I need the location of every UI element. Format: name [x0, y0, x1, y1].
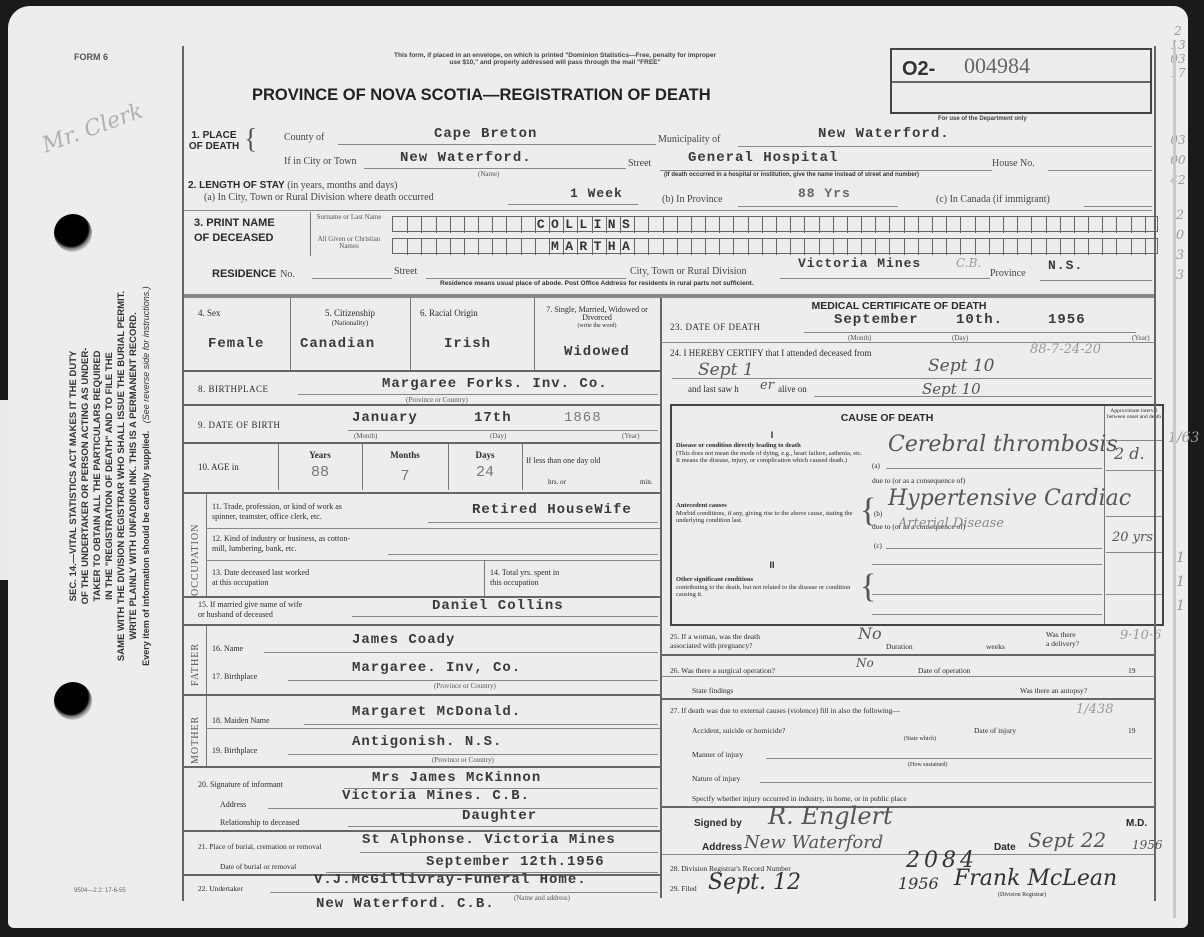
- given-names-label: All Given or Christian Names: [312, 236, 386, 250]
- letter-box-divider: [932, 239, 946, 255]
- month-caption: (Month): [354, 432, 377, 440]
- residence-label: RESIDENCE: [212, 268, 276, 280]
- mail-notice-line: This form, if placed in an envelope, on …: [270, 52, 840, 59]
- sex-label: 4. Sex: [198, 308, 221, 318]
- spouse-label: 15. If married give name of wife or husb…: [198, 600, 302, 620]
- findings-label: State findings: [692, 686, 733, 695]
- code: 13: [1168, 38, 1188, 52]
- name-letter: C: [537, 217, 545, 232]
- total-years-label: 14. Total yrs. spent in this occupation: [490, 568, 559, 588]
- residence-no-label: No.: [280, 269, 295, 280]
- column-divider: [660, 298, 662, 898]
- year-caption: (Year): [1132, 334, 1150, 342]
- letter-box-divider: [450, 239, 464, 255]
- letter-box-divider: [521, 239, 535, 255]
- letter-box-divider: [847, 217, 861, 233]
- street-label: Street: [628, 158, 651, 169]
- letter-box-divider: [946, 217, 960, 233]
- days-label: Days: [450, 450, 520, 460]
- informant-signature-label: 20. Signature of informant: [198, 780, 283, 789]
- letter-box-divider: [833, 239, 847, 255]
- antecedent-causes-label: Antecedent causes Morbid conditions, if …: [676, 502, 866, 525]
- letter-box-divider: [1102, 239, 1116, 255]
- county-label: County of: [284, 132, 324, 143]
- department-use-note: For use of the Department only: [938, 116, 1027, 122]
- delivery-label: Was there a delivery?: [1046, 630, 1079, 648]
- name-letter: A: [622, 239, 630, 254]
- less-than-day-label: If less than one day old: [526, 456, 600, 465]
- letter-box-divider: [421, 217, 435, 233]
- letter-box-divider: [833, 217, 847, 233]
- letter-box-divider: [804, 217, 818, 233]
- letter-box-divider: [918, 217, 932, 233]
- pregnancy-label: 25. If a woman, was the death associated…: [670, 632, 760, 650]
- letter-box-divider: [889, 217, 903, 233]
- letter-box-divider: [762, 239, 776, 255]
- letter-box-divider: [790, 217, 804, 233]
- cause-a-prefix: (a): [872, 462, 880, 470]
- letter-box-divider: [691, 217, 705, 233]
- label: Other significant conditions: [676, 576, 866, 584]
- label: mill, lumbering, bank, etc.: [212, 544, 350, 554]
- label: 14. Total yrs. spent in: [490, 568, 559, 578]
- name-letter: A: [565, 239, 573, 254]
- registration-box: O2- 004984: [890, 48, 1152, 114]
- section-label: 1. PLACE OF DEATH: [189, 130, 239, 152]
- note: contributing to the death, but not relat…: [676, 584, 866, 599]
- letter-box-divider: [918, 239, 932, 255]
- manner-label: Manner of injury: [692, 750, 743, 759]
- margin-annotation: Mr. Clerk: [39, 99, 147, 159]
- code: 2: [1168, 24, 1188, 38]
- letter-box-divider: [492, 239, 506, 255]
- name-letter: O: [551, 217, 559, 232]
- operation-date-label: Date of operation: [918, 666, 970, 675]
- letter-box-divider: [464, 217, 478, 233]
- sublabel: (write the word): [536, 322, 658, 330]
- letter-box-divider: [975, 217, 989, 233]
- code: 3: [1172, 266, 1188, 286]
- signature-year: 1956: [1132, 838, 1163, 852]
- father-birthplace-label: 17. Birthplace: [212, 672, 257, 681]
- letter-box-divider: [1074, 239, 1088, 255]
- letter-box-divider: [1017, 217, 1031, 233]
- letter-box-divider: [889, 239, 903, 255]
- surname-label: Surname or Last Name: [312, 214, 386, 221]
- note: Morbid conditions, if any, giving rise t…: [676, 510, 866, 525]
- province-caption: (Province or Country): [406, 396, 468, 404]
- last-saw-suffix: er: [760, 378, 774, 393]
- form-right-border: [1154, 46, 1156, 901]
- side-notice-line: SAME WITH THE DIVISION REGISTRAR WHO SHA…: [116, 186, 128, 766]
- letter-box-divider: [819, 239, 833, 255]
- label: Was there: [1046, 630, 1079, 639]
- pregnancy-value: No: [858, 624, 882, 643]
- registrar-signature: Frank McLean: [954, 866, 1117, 891]
- name-letter: R: [579, 239, 587, 254]
- how-sustained-caption: (How sustained): [908, 762, 948, 768]
- letter-box-divider: [436, 217, 450, 233]
- deceased-name-label: 3. PRINT NAME OF DECEASED: [194, 216, 275, 246]
- letter-box-divider: [506, 217, 520, 233]
- other-conditions-label: Other significant conditions contributin…: [676, 576, 866, 599]
- code: 3: [1172, 246, 1188, 266]
- name-letter: N: [608, 217, 616, 232]
- dod-month: September: [834, 312, 919, 328]
- signed-by-label: Signed by: [694, 818, 742, 829]
- operation-value: No: [856, 656, 874, 670]
- side-notice-line: IN THE "REGISTRATION OF DEATH" AND TO FI…: [104, 186, 116, 766]
- cause-b-prefix: (b): [874, 510, 882, 518]
- racial-origin-label: 6. Racial Origin: [420, 308, 478, 318]
- margin-codes-name: 2 0 3 3: [1172, 206, 1188, 286]
- letter-box-divider: [748, 239, 762, 255]
- label: a delivery?: [1046, 639, 1079, 648]
- margin-code-cause: 1/63: [1168, 430, 1199, 446]
- dob-month: January: [352, 410, 418, 426]
- letter-box-divider: [975, 239, 989, 255]
- cause-c-interval: 20 yrs: [1112, 530, 1153, 545]
- code: 42: [1168, 170, 1188, 190]
- part-two-label: II: [672, 560, 872, 570]
- municipality-value: New Waterford.: [818, 126, 950, 142]
- cause-b-value: Hypertensive Cardiac: [888, 486, 1131, 511]
- letter-box-divider: [705, 217, 719, 233]
- dod-day: 10th.: [956, 312, 1003, 328]
- letter-box-divider: [847, 239, 861, 255]
- label: Antecedent causes: [676, 502, 866, 510]
- physician-signature: R. Englert: [768, 802, 893, 830]
- stay-canada-label: (c) In Canada (if immigrant): [936, 194, 1050, 205]
- date-of-birth-label: 9. DATE OF BIRTH: [198, 420, 280, 430]
- letter-box-divider: [733, 239, 747, 255]
- label: Disease or condition directly leading to…: [676, 442, 866, 450]
- letter-box-divider: [904, 217, 918, 233]
- label: associated with pregnancy?: [670, 641, 760, 650]
- cause-a-interval: 2 d.: [1114, 444, 1145, 463]
- letter-box-divider: [733, 217, 747, 233]
- label: 13. Date deceased last worked: [212, 568, 309, 578]
- father-name-value: James Coady: [352, 632, 455, 648]
- dob-year: 1868: [564, 410, 602, 426]
- tick: 1: [1176, 570, 1185, 594]
- letter-box-divider: [1003, 239, 1017, 255]
- birthplace-value: Margaree Forks. Inv. Co.: [382, 376, 608, 392]
- mother-birthplace-label: 19. Birthplace: [212, 746, 257, 755]
- letter-box-divider: [1074, 217, 1088, 233]
- age-years-value: 88: [280, 464, 360, 481]
- hospital-note: (If death occurred in a hospital or inst…: [664, 172, 919, 178]
- registration-prefix: O2-: [902, 58, 935, 81]
- letter-box-divider: [705, 239, 719, 255]
- letter-box-divider: [1017, 239, 1031, 255]
- name-letter: L: [565, 217, 573, 232]
- operation-label: 26. Was there a surgical operation?: [670, 666, 775, 675]
- letter-box-divider: [719, 217, 733, 233]
- direct-cause-label: Disease or condition directly leading to…: [676, 442, 866, 465]
- relationship-label: Relationship to deceased: [220, 818, 300, 827]
- letter-box-divider: [819, 217, 833, 233]
- marital-value: Widowed: [564, 344, 630, 360]
- print-code: 9504—2.2: 17-6-55: [74, 888, 126, 894]
- letter-box-divider: [478, 217, 492, 233]
- accident-label: Accident, suicide or homicide?: [692, 726, 785, 735]
- letter-box-divider: [1031, 217, 1045, 233]
- residence-note: Residence means usual place of abode. Po…: [440, 280, 754, 287]
- cause-c-prefix: (c): [874, 542, 882, 550]
- province-caption: (Province or Country): [432, 756, 494, 764]
- attended-from: Sept 1: [698, 360, 754, 380]
- letter-box-divider: [1116, 217, 1130, 233]
- surname-boxes: COLLINS: [392, 216, 1158, 232]
- code: 03: [1168, 52, 1188, 66]
- tick: 1: [1176, 546, 1185, 570]
- letter-box-divider: [904, 239, 918, 255]
- form-left-border: [182, 46, 184, 901]
- informant-address-label: Address: [220, 800, 246, 809]
- trade-label: 11. Trade, profession, or kind of work a…: [212, 502, 342, 522]
- attended-to: Sept 10: [928, 356, 994, 376]
- label: 12. Kind of industry or business, as cot…: [212, 534, 350, 544]
- stay-province-value: 88 Yrs: [798, 186, 851, 201]
- letter-box-divider: [1088, 217, 1102, 233]
- tick: 1: [1176, 594, 1185, 618]
- name-letter: S: [622, 217, 630, 232]
- occupation-side-label: OCCUPATION: [190, 524, 201, 596]
- residence-city-note: C.B.: [956, 256, 981, 270]
- letter-box-divider: [875, 239, 889, 255]
- form-number: FORM 6: [74, 52, 108, 62]
- letter-box-divider: [648, 217, 662, 233]
- street-value: General Hospital: [688, 150, 838, 166]
- letter-box-divider: [421, 239, 435, 255]
- undertaker-value: V.J.McGillivray-Funeral Home.: [314, 872, 587, 888]
- letter-box-divider: [1060, 239, 1074, 255]
- letter-box-divider: [1046, 217, 1060, 233]
- note: (This does not mean the mode of dying, e…: [676, 450, 866, 465]
- letter-box-divider: [1131, 239, 1145, 255]
- death-registration-form: FORM 6 Mr. Clerk SEC. 14.—VITAL STATISTI…: [8, 6, 1188, 928]
- birthplace-label: 8. BIRTHPLACE: [198, 384, 268, 394]
- due-to-label: due to (or as a consequence of): [872, 476, 965, 485]
- letter-box-divider: [464, 239, 478, 255]
- label: or husband of deceased: [198, 610, 302, 620]
- label: 5. Citizenship: [292, 308, 408, 318]
- letter-box-divider: [1116, 239, 1130, 255]
- province-caption: (Province or Country): [434, 682, 496, 690]
- letter-box-divider: [436, 239, 450, 255]
- letter-box-divider: [450, 217, 464, 233]
- margin-codes-top: 2 13 03 17: [1168, 24, 1188, 80]
- letter-box-divider: [1031, 239, 1045, 255]
- years-label: Years: [280, 450, 360, 460]
- letter-box-divider: [677, 217, 691, 233]
- filed-year: 1956: [898, 874, 939, 893]
- label: this occupation: [490, 578, 559, 588]
- burial-date-value: September 12th.1956: [426, 854, 605, 870]
- label: spinner, teamster, office clerk, etc.: [212, 512, 342, 522]
- dob-day: 17th: [474, 410, 512, 426]
- dod-year: 1956: [1048, 312, 1086, 328]
- father-side-label: FATHER: [190, 643, 201, 686]
- length-of-stay: 2. LENGTH OF STAY (in years, months and …: [188, 180, 397, 191]
- letter-box-divider: [960, 217, 974, 233]
- filed-label: 29. Filed: [670, 884, 697, 893]
- letter-box-divider: [861, 217, 875, 233]
- external-causes-label: 27. If death was due to external causes …: [670, 706, 900, 715]
- brace-icon: {: [244, 124, 257, 156]
- racial-origin-value: Irish: [444, 336, 491, 352]
- side-notice: SEC. 14.—VITAL STATISTICS ACT MAKES IT T…: [68, 186, 152, 766]
- place-of-death-label: 1. PLACE OF DEATH: [188, 130, 240, 152]
- letter-box-divider: [748, 217, 762, 233]
- letter-box-divider: [1003, 217, 1017, 233]
- burial-date-label: Date of burial or removal: [220, 862, 296, 871]
- letter-box-divider: [634, 239, 648, 255]
- brace-icon: {: [860, 570, 876, 604]
- relationship-value: Daughter: [462, 808, 537, 824]
- pencil-code: 1/438: [1076, 702, 1113, 717]
- letter-box-divider: [946, 239, 960, 255]
- age-label: 10. AGE in: [198, 462, 239, 472]
- age-months-value: 7: [364, 468, 446, 485]
- residence-province-value: N.S.: [1048, 258, 1083, 273]
- letter-box-divider: [875, 217, 889, 233]
- date-of-death-label: 23. DATE OF DEATH: [670, 322, 761, 332]
- section-label: 3. PRINT NAME: [194, 216, 275, 231]
- residence-province-label: Province: [990, 268, 1026, 279]
- letter-box-divider: [663, 217, 677, 233]
- name-caption: (Name): [478, 170, 499, 178]
- mother-birthplace-value: Antigonish. N.S.: [352, 734, 502, 750]
- address-label: Address: [702, 842, 742, 853]
- alive-on-label: alive on: [778, 384, 807, 394]
- sex-value: Female: [208, 336, 264, 352]
- name-address-caption: (Name and address): [514, 894, 570, 902]
- county-value: Cape Breton: [434, 126, 537, 142]
- cause-b-extra: Arterial Disease: [898, 516, 1004, 531]
- side-notice-line: SEC. 14.—VITAL STATISTICS ACT MAKES IT T…: [68, 186, 80, 766]
- letter-box-divider: [407, 217, 421, 233]
- name-letter: M: [551, 239, 559, 254]
- name-letter: L: [579, 217, 587, 232]
- day-caption: (Day): [490, 432, 506, 440]
- residence-city-value: Victoria Mines: [798, 256, 921, 271]
- industry-label: 12. Kind of industry or business, as cot…: [212, 534, 350, 554]
- letter-box-divider: [989, 239, 1003, 255]
- side-notice-instructions: (See reverse side for instructions.): [141, 286, 151, 423]
- filed-date: Sept. 12: [708, 870, 801, 895]
- residence-row: RESIDENCE No.: [212, 264, 295, 282]
- undertaker-address-value: New Waterford. C.B.: [316, 896, 495, 912]
- municipality-label: Municipality of: [658, 134, 721, 145]
- letter-box-divider: [719, 239, 733, 255]
- letter-box-divider: [861, 239, 875, 255]
- months-label: Months: [364, 450, 446, 460]
- form-title: PROVINCE OF NOVA SCOTIA—REGISTRATION OF …: [252, 86, 711, 105]
- scan-edge: [0, 400, 8, 580]
- section-label: 2. LENGTH OF STAY: [188, 180, 285, 191]
- stay-province-label: (b) In Province: [662, 194, 723, 205]
- age-days-value: 24: [450, 464, 520, 481]
- trade-value: Retired HouseWife: [472, 502, 632, 518]
- letter-box-divider: [521, 217, 535, 233]
- code: 00: [1168, 150, 1188, 170]
- burial-place-label: 21. Place of burial, cremation or remova…: [198, 842, 321, 851]
- letter-box-divider: [776, 217, 790, 233]
- physician-address: New Waterford: [744, 832, 883, 853]
- code: 2: [1172, 206, 1188, 226]
- letter-box-divider: [663, 239, 677, 255]
- marital-label: 7. Single, Married, Widowed or Divorced …: [536, 306, 658, 330]
- letter-box-divider: [1102, 217, 1116, 233]
- letter-box-divider: [492, 217, 506, 233]
- margin-codes-mid: 03 00 42: [1168, 130, 1188, 190]
- letter-box-divider: [762, 217, 776, 233]
- mother-maiden-label: 18. Maiden Name: [212, 716, 270, 725]
- mother-side-label: MOTHER: [190, 716, 201, 764]
- burial-place-value: St Alphonse. Victoria Mines: [362, 832, 616, 848]
- letter-box-divider: [1145, 217, 1159, 233]
- date-label: Date: [994, 842, 1016, 853]
- medical-pencil-note: 88-7-24-20: [1030, 342, 1101, 357]
- sublabel: (Nationality): [292, 318, 408, 328]
- month-caption: (Month): [848, 334, 871, 342]
- letter-box-divider: [407, 239, 421, 255]
- letter-box-divider: [790, 239, 804, 255]
- side-notice-line: WRITE PLAINLY WITH UNFADING INK. THIS IS…: [128, 186, 140, 766]
- letter-box-divider: [1046, 239, 1060, 255]
- letter-box-divider: [932, 217, 946, 233]
- code: 0: [1172, 226, 1188, 246]
- father-name-label: 16. Name: [212, 644, 243, 653]
- label: 15. If married give name of wife: [198, 600, 302, 610]
- state-which-caption: (State which): [904, 736, 936, 742]
- letter-box-divider: [989, 217, 1003, 233]
- year-caption: (Year): [622, 432, 640, 440]
- section-label: OF DECEASED: [194, 231, 275, 246]
- side-notice-footer: Every item of information should be care…: [141, 431, 151, 666]
- label: 25. If a woman, was the death: [670, 632, 760, 641]
- undertaker-label: 22. Undertaker: [198, 884, 243, 893]
- mail-notice-line: use $10," and properly addressed will pa…: [270, 59, 840, 66]
- letter-box-divider: [1088, 239, 1102, 255]
- letter-box-divider: [691, 239, 705, 255]
- letter-box-divider: [648, 239, 662, 255]
- letter-box-divider: [478, 239, 492, 255]
- name-letter: I: [594, 217, 602, 232]
- label: at this occupation: [212, 578, 309, 588]
- min-label: min.: [640, 478, 653, 486]
- stay-city-value: 1 Week: [570, 186, 623, 201]
- given-name-boxes: MARTHA: [392, 238, 1158, 254]
- letter-box-divider: [506, 239, 520, 255]
- day-caption: (Day): [952, 334, 968, 342]
- last-saw-label: and last saw h: [688, 384, 739, 394]
- duration-label: Duration: [886, 642, 913, 651]
- side-notice-line: OF THE UNDERTAKER OR PERSON ACTING AS UN…: [80, 186, 92, 766]
- margin-ticks: 1 1 1: [1176, 546, 1185, 618]
- letter-box-divider: [804, 239, 818, 255]
- year-prefix: 19: [1128, 666, 1136, 675]
- name-letter: T: [594, 239, 602, 254]
- injury-date-label: Date of injury: [974, 726, 1016, 735]
- city-value: New Waterford.: [400, 150, 532, 166]
- registrar-caption: (Division Registrar): [998, 892, 1046, 898]
- section-hint: (in years, months and days): [287, 180, 397, 191]
- cause-of-death-title: CAUSE OF DEATH: [672, 412, 1102, 424]
- citizenship-label: 5. Citizenship (Nationality): [292, 308, 408, 328]
